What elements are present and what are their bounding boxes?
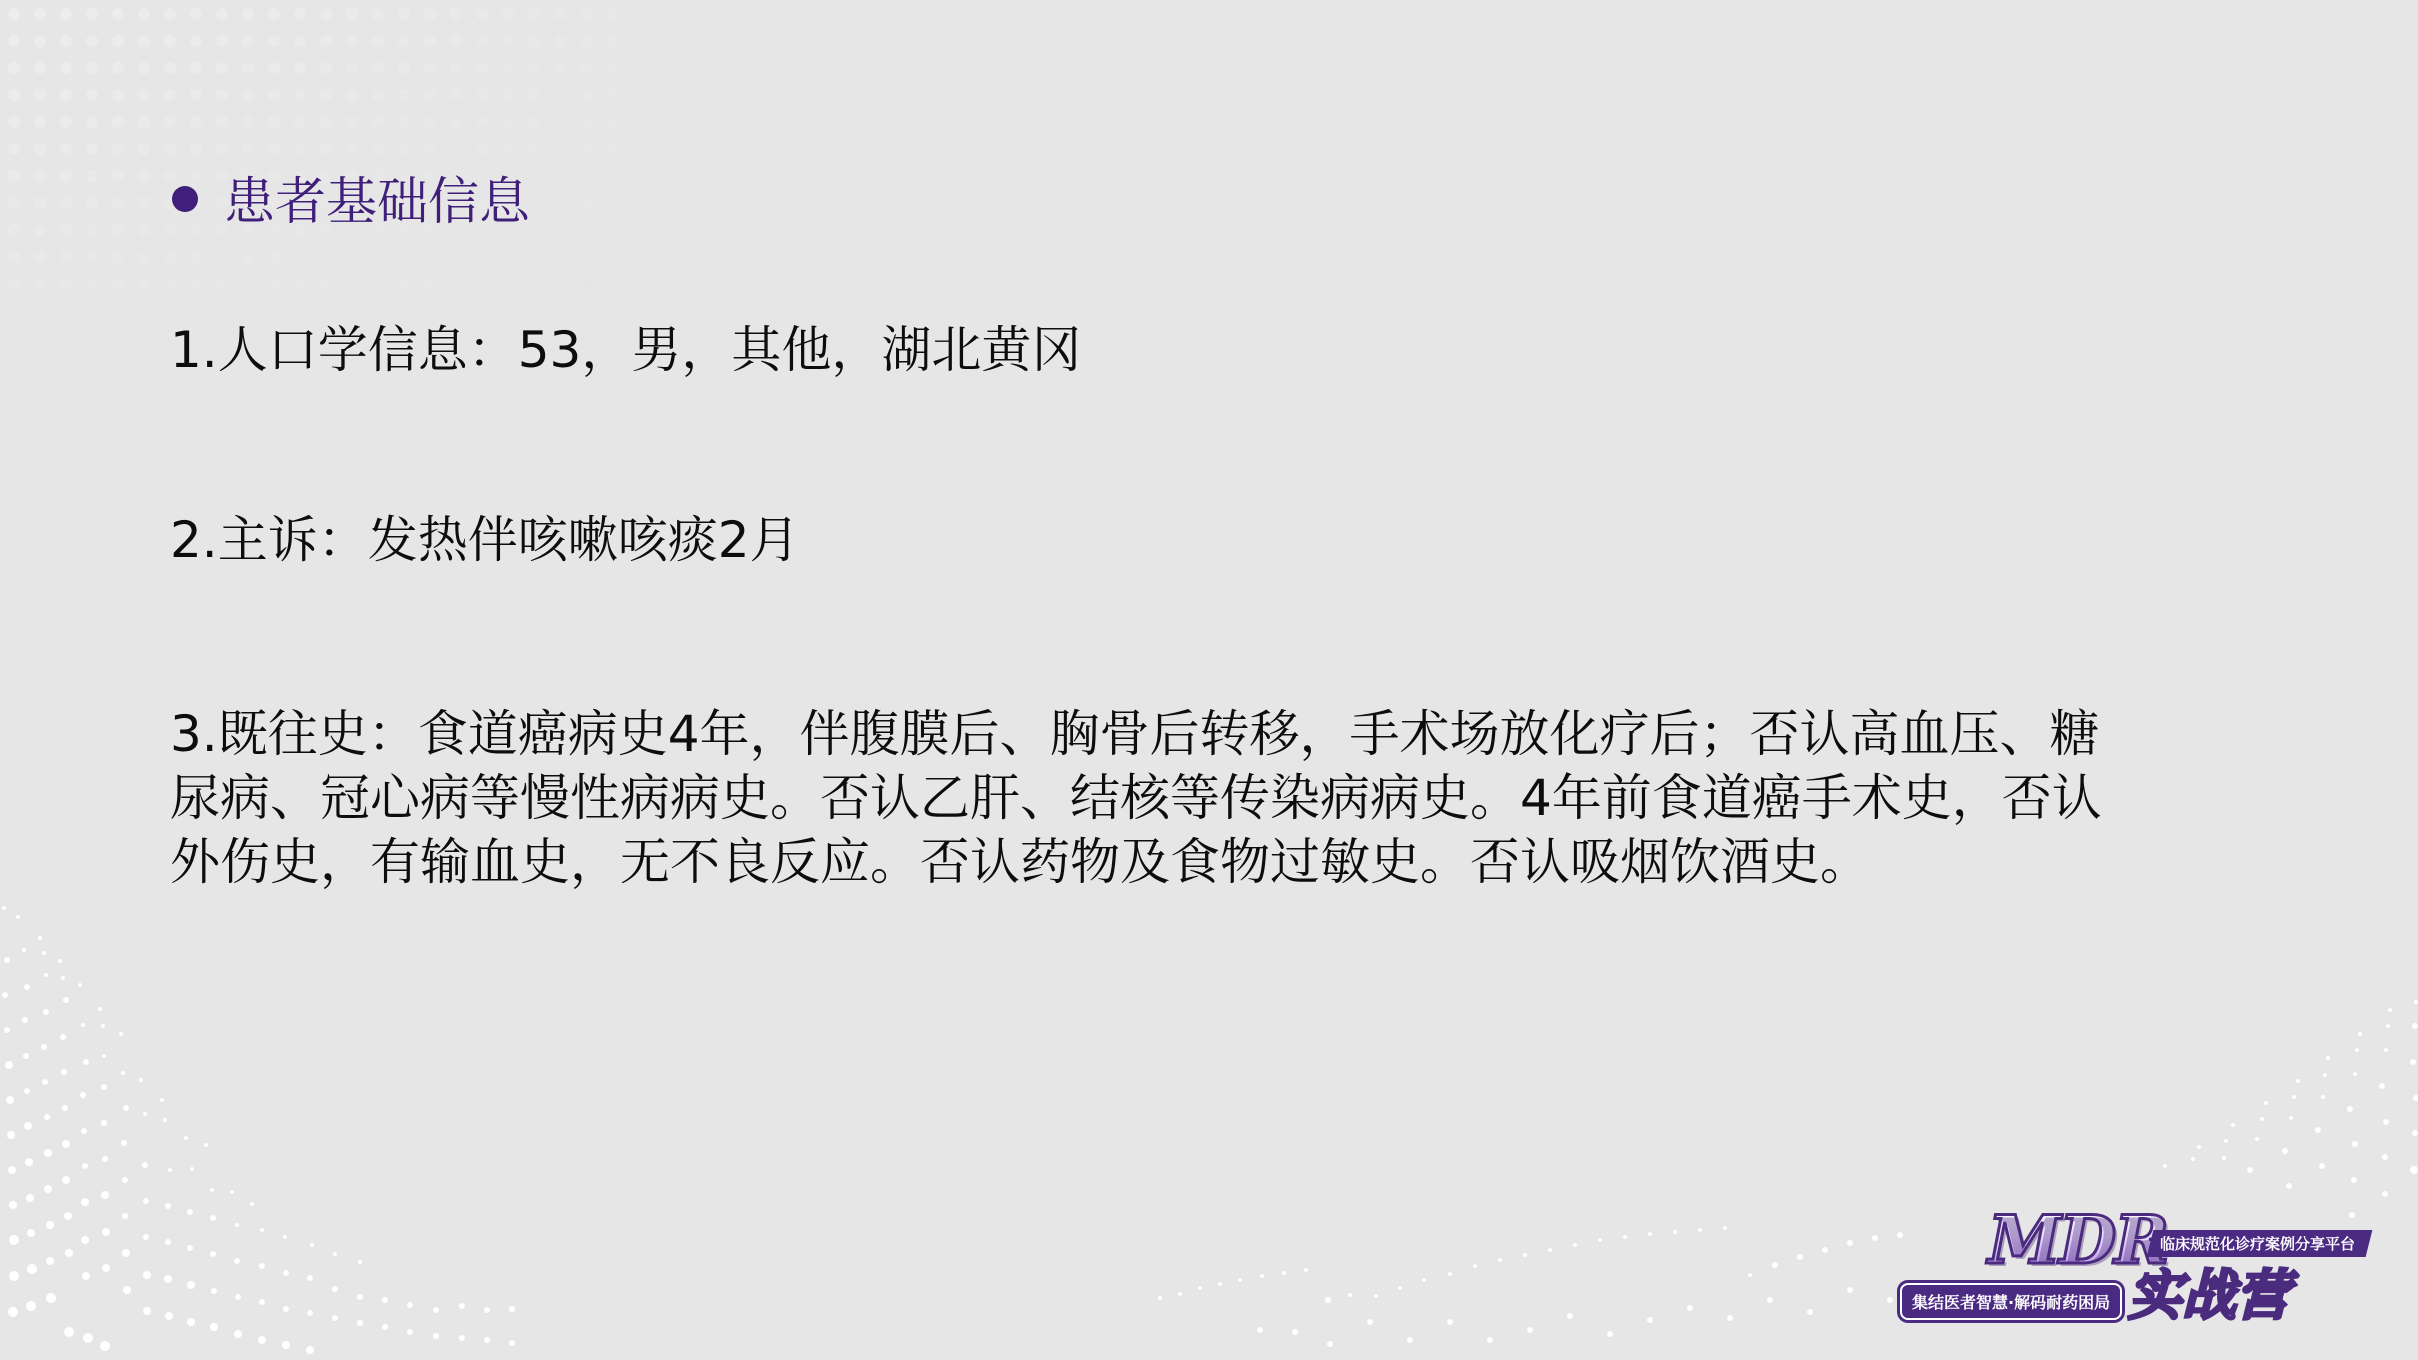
slide: 患者基础信息 1.人口学信息：53，男，其他，湖北黄冈 2.主诉：发热伴咳嗽咳痰… <box>0 0 2418 1360</box>
logo-tagline-top-text: 临床规范化诊疗案例分享平台 <box>2160 1233 2355 1254</box>
bullet-icon <box>172 186 198 212</box>
logo-tagline-top: 临床规范化诊疗案例分享平台 <box>2147 1230 2373 1257</box>
past-history-line-1: 3.既往史：食道癌病史4年，伴腹膜后、胸骨后转移，手术场放化疗后；否认高血压、糖 <box>170 702 2102 766</box>
demographics-item: 1.人口学信息：53，男，其他，湖北黄冈 <box>170 318 1081 382</box>
logo-camp-title: 实战营 <box>2128 1263 2290 1327</box>
section-heading: 患者基础信息 <box>172 160 530 234</box>
chief-complaint-item: 2.主诉：发热伴咳嗽咳痰2月 <box>170 508 800 572</box>
past-history-line-3: 外伤史，有输血史，无不良反应。否认药物及食物过敏史。否认吸烟饮酒史。 <box>170 830 2102 894</box>
mdr-camp-logo: MDR 临床规范化诊疗案例分享平台 集结医者智慧·解码耐药困局 实战营 <box>1900 1205 2400 1345</box>
past-history-line-2: 尿病、冠心病等慢性病病史。否认乙肝、结核等传染病病史。4年前食道癌手术史，否认 <box>170 766 2102 830</box>
section-title: 患者基础信息 <box>224 160 530 234</box>
past-history-item: 3.既往史：食道癌病史4年，伴腹膜后、胸骨后转移，手术场放化疗后；否认高血压、糖… <box>170 702 2102 894</box>
logo-tagline-bottom: 集结医者智慧·解码耐药困局 <box>1900 1283 2122 1320</box>
